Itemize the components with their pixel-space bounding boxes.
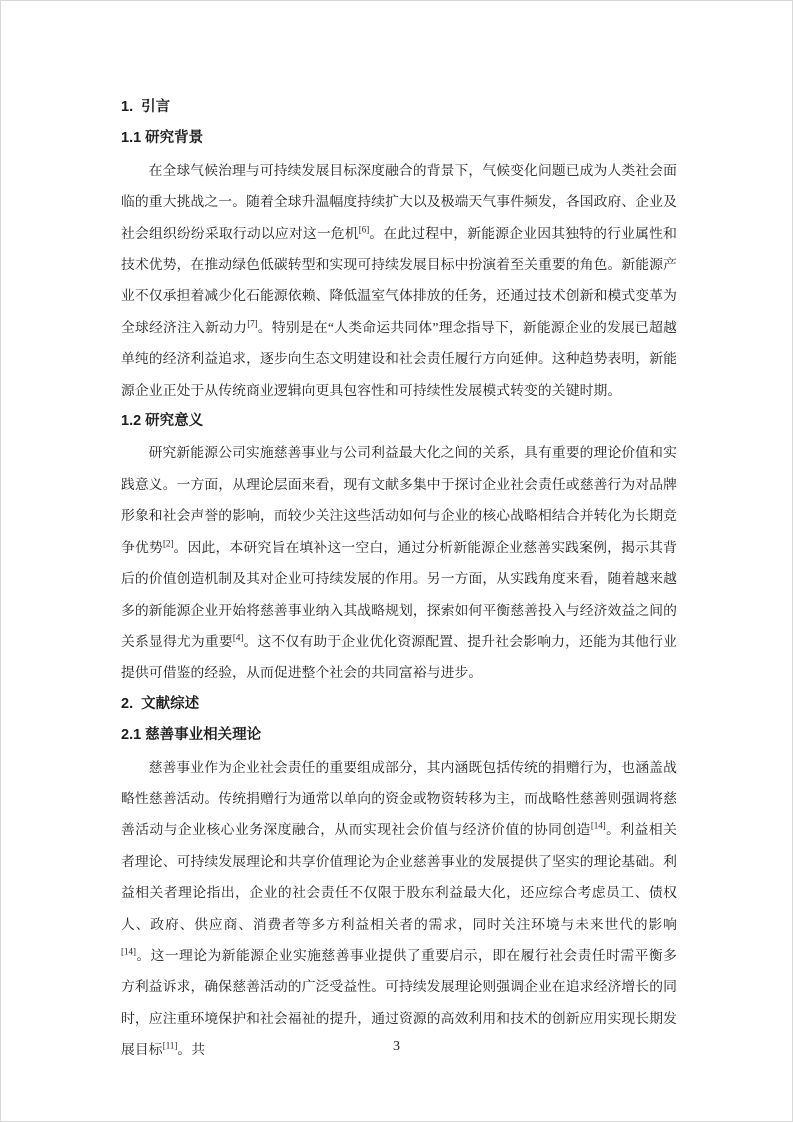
subsection-heading-research-background: 1.1 研究背景 [121, 123, 677, 154]
page-number: 3 [0, 1031, 793, 1062]
document-page: 1. 引言 1.1 研究背景 在全球气候治理与可持续发展目标深度融合的背景下，气… [0, 0, 793, 1122]
paragraph-research-background: 在全球气候治理与可持续发展目标深度融合的背景下，气候变化问题已成为人类社会面临的… [121, 155, 677, 406]
citation-ref: [14] [591, 821, 606, 831]
subsection-heading-research-significance: 1.2 研究意义 [121, 406, 677, 437]
paragraph-research-significance: 研究新能源公司实施慈善事业与公司利益最大化之间的关系，具有重要的理论价值和实践意… [121, 437, 677, 688]
subsection-heading-charity-theory: 2.1 慈善事业相关理论 [121, 720, 677, 751]
citation-ref: [2] [163, 538, 174, 548]
paragraph-charity-theory: 慈善事业作为企业社会责任的重要组成部分，其内涵既包括传统的捐赠行为，也涵盖战略性… [121, 752, 677, 1066]
citation-ref: [4] [233, 632, 244, 642]
citation-ref: [14] [121, 946, 136, 956]
section-heading-introduction: 1. 引言 [121, 92, 677, 123]
citation-ref: [6] [359, 224, 370, 234]
page-content: 1. 引言 1.1 研究背景 在全球气候治理与可持续发展目标深度融合的背景下，气… [121, 92, 677, 1066]
citation-ref: [7] [247, 318, 258, 328]
section-heading-literature-review: 2. 文献综述 [121, 689, 677, 720]
